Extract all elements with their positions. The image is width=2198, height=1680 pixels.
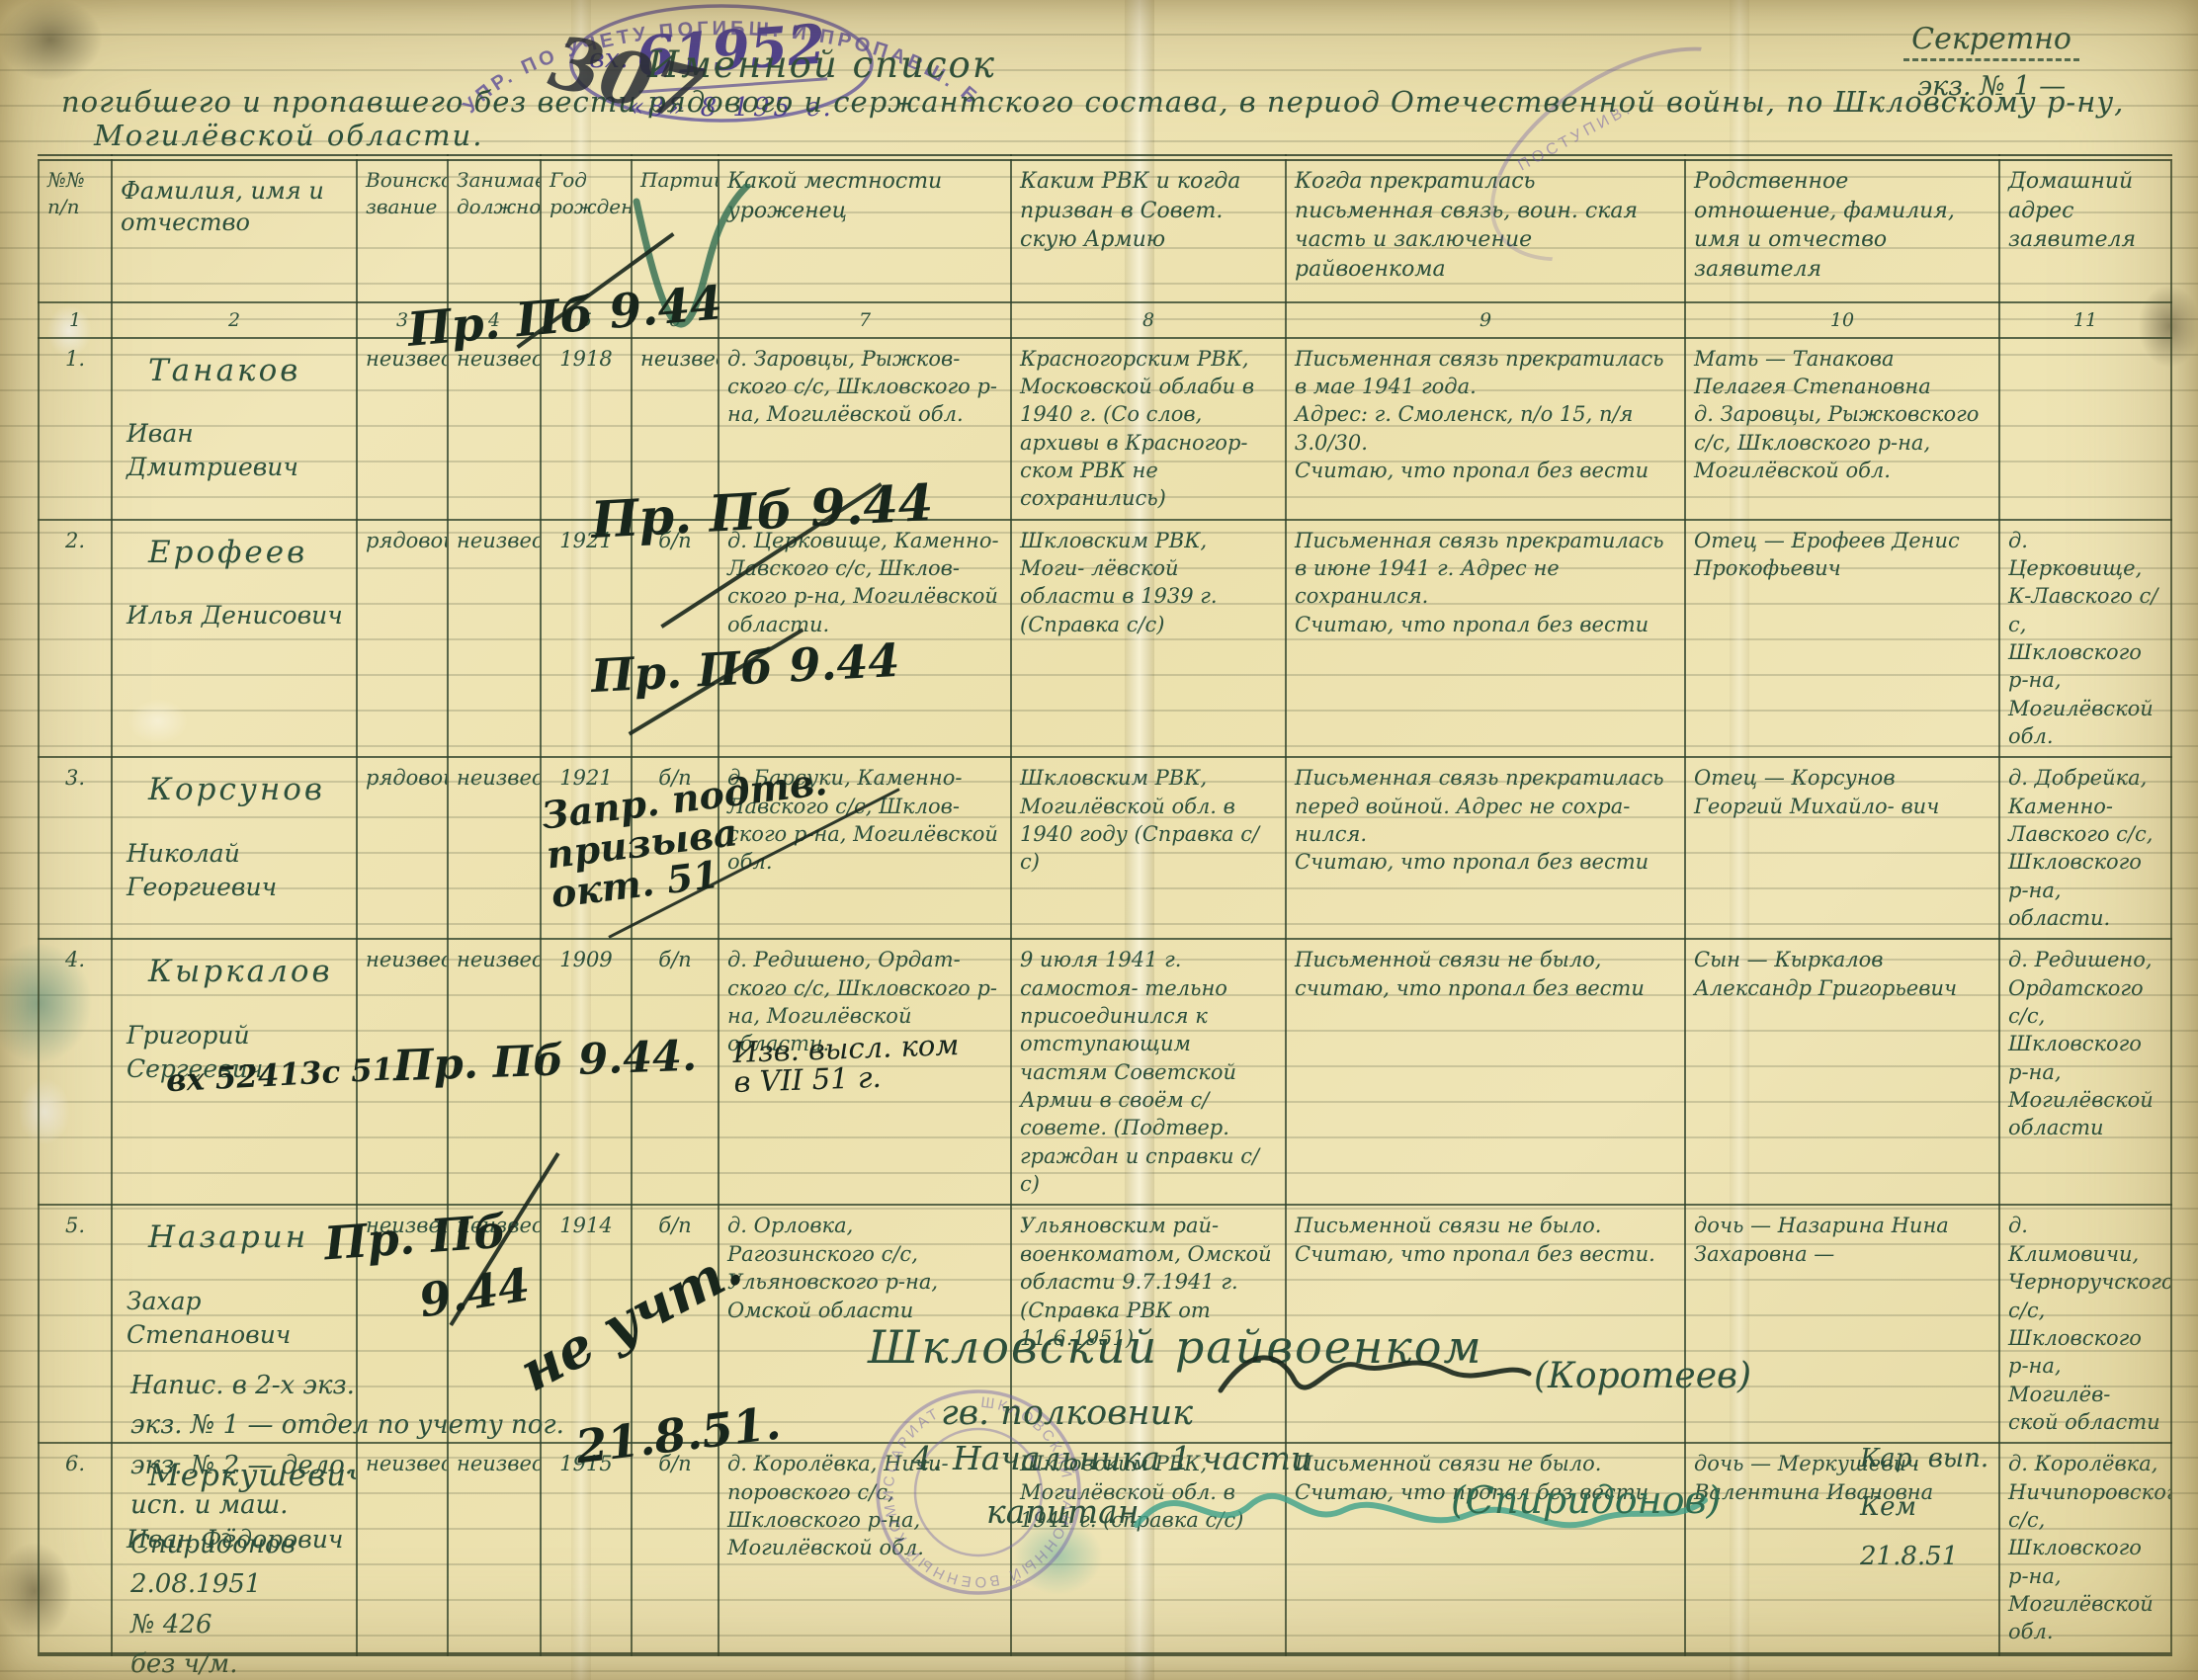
cell-last-contact: Письменной связи не было, считаю, что пр… xyxy=(1286,939,1685,1205)
cell-num: 6. xyxy=(39,1443,112,1653)
cell-drafted: Шкловским РВК, Могилёвской обл. в 1940 г… xyxy=(1011,757,1286,939)
cell-name: Ерофеев Илья Денисович xyxy=(112,520,357,758)
cell-relative: дочь — Назарина Нина Захаровна — xyxy=(1685,1205,1999,1443)
cell-relative: Отец — Корсунов Георгий Михайло- вич xyxy=(1685,757,1999,939)
signoff-name-koroteev: (Коротеев) xyxy=(1534,1356,1751,1396)
cell-name: Танаков Иван Дмитриевич xyxy=(112,338,357,520)
cell-num: 4. xyxy=(39,939,112,1205)
given-name: Захар Степанович xyxy=(127,1285,348,1352)
copies-note: Напис. в 2-х экз. экз. № 1 — отдел по уч… xyxy=(130,1366,564,1680)
cell-relative: Сын — Кыркалов Александр Григорьевич xyxy=(1685,939,1999,1205)
col-number: 10 xyxy=(1685,302,1999,338)
given-name: Николай Георгиевич xyxy=(127,837,348,904)
cell-address: д. Церковище, К-Лавского с/с, Шкловского… xyxy=(1999,520,2171,758)
cell-rank: рядовой xyxy=(357,520,448,758)
col-header-num: №№ п/п xyxy=(39,158,112,302)
cell-address: д. Королёвка, Ничипоровского с/с, Шкловс… xyxy=(1999,1443,2171,1653)
header-row: №№ п/п Фамилия, имя и отчество Воинское … xyxy=(39,158,2171,302)
surname: Назарин xyxy=(148,1218,348,1259)
cell-last-contact: Письменная связь прекратилась в июне 194… xyxy=(1286,520,1685,758)
cell-drafted: Шкловским РВК, Моги- лёвской области в 1… xyxy=(1011,520,1286,758)
cell-address xyxy=(1999,338,2171,520)
col-number: 11 xyxy=(1999,302,2171,338)
cell-address: д. Добрейка, Каменно- Лавского с/с, Шкло… xyxy=(1999,757,2171,939)
cell-drafted: Красногорским РВК, Московской облаби в 1… xyxy=(1011,338,1286,520)
scanned-document: { "document": { "classification": "Секре… xyxy=(0,0,2198,1680)
cell-year: 1921 xyxy=(541,520,632,758)
col-number: 1 xyxy=(39,302,112,338)
cell-position: неизвестн. xyxy=(448,757,541,939)
card-issued-note: Кар. вып. Кем 21.8.51 xyxy=(1860,1435,1988,1581)
cell-last-contact: Письменная связь прекратилась в мае 1941… xyxy=(1286,338,1685,520)
classification-label: Секретно xyxy=(1903,22,2079,61)
cell-num: 2. xyxy=(39,520,112,758)
table-row: 2. Ерофеев Илья Денисович рядовой неизве… xyxy=(39,520,2171,758)
cell-rank: рядовой xyxy=(357,757,448,939)
table-row: 3. Корсунов Николай Георгиевич рядовой н… xyxy=(39,757,2171,939)
ink-annotation-row5: Пр. Пб 9.44. xyxy=(392,1035,697,1090)
cell-address: д. Климовичи, Черноручского с/с, Шкловск… xyxy=(1999,1205,2171,1443)
cell-num: 1. xyxy=(39,338,112,520)
column-number-row: 1 2 3 4 5 6 7 8 9 10 11 xyxy=(39,302,2171,338)
given-name: Илья Денисович xyxy=(127,599,348,632)
ink-annotation-row6: Пр. Пб xyxy=(323,1208,508,1268)
cell-name: Корсунов Николай Георгиевич xyxy=(112,757,357,939)
document-subtitle-line: погибшего и пропавшего без вести рядовог… xyxy=(61,85,2176,119)
surname: Ерофеев xyxy=(148,533,348,574)
cell-address: д. Редишено, Ордатского с/с, Шкловского … xyxy=(1999,939,2171,1205)
cell-position: неизвестно xyxy=(448,338,541,520)
signature-koroteev xyxy=(1211,1336,1537,1415)
cell-rank: неизвестно xyxy=(357,338,448,520)
signoff-rank-captain: капитан xyxy=(986,1492,1140,1531)
given-name: Иван Дмитриевич xyxy=(127,417,348,484)
col-number: 2 xyxy=(112,302,357,338)
col-header-drafted-by: Каким РВК и когда призван в Совет. скую … xyxy=(1011,158,1286,302)
signoff-name-spiridonov: (Спиридонов) xyxy=(1451,1478,1721,1522)
cell-num: 3. xyxy=(39,757,112,939)
cell-position: неизвестно xyxy=(448,520,541,758)
surname: Корсунов xyxy=(148,770,348,811)
col-number: 8 xyxy=(1011,302,1286,338)
cell-relative: Отец — Ерофеев Денис Прокофьевич xyxy=(1685,520,1999,758)
signoff-rank-colonel: гв. полковник xyxy=(941,1393,1193,1433)
surname: Кыркалов xyxy=(148,952,348,993)
cell-drafted: 9 июля 1941 г. самостоя- тельно присоеди… xyxy=(1011,939,1286,1205)
col-number: 9 xyxy=(1286,302,1685,338)
col-header-rank: Воинское звание xyxy=(357,158,448,302)
cell-last-contact: Письменная связь прекратилась перед войн… xyxy=(1286,757,1685,939)
col-header-relative: Родственное отношение, фамилия, имя и от… xyxy=(1685,158,1999,302)
col-header-address: Домашний адрес заявителя xyxy=(1999,158,2171,302)
ink-annotation-row5-note: Изв. высл. ком в VII 51 г. xyxy=(732,1030,961,1098)
col-header-position: Занимаемая должность xyxy=(448,158,541,302)
surname: Танаков xyxy=(148,351,348,392)
cell-party: б/п xyxy=(632,1443,719,1653)
cell-relative: Мать — Танакова Пелагея Степановна д. За… xyxy=(1685,338,1999,520)
ink-smudge xyxy=(0,0,125,99)
col-header-name: Фамилия, имя и отчество xyxy=(112,158,357,302)
table-row: 1. Танаков Иван Дмитриевич неизвестно не… xyxy=(39,338,2171,520)
document-subtitle-region: Могилёвской области. xyxy=(94,119,483,152)
cell-num: 5. xyxy=(39,1205,112,1443)
